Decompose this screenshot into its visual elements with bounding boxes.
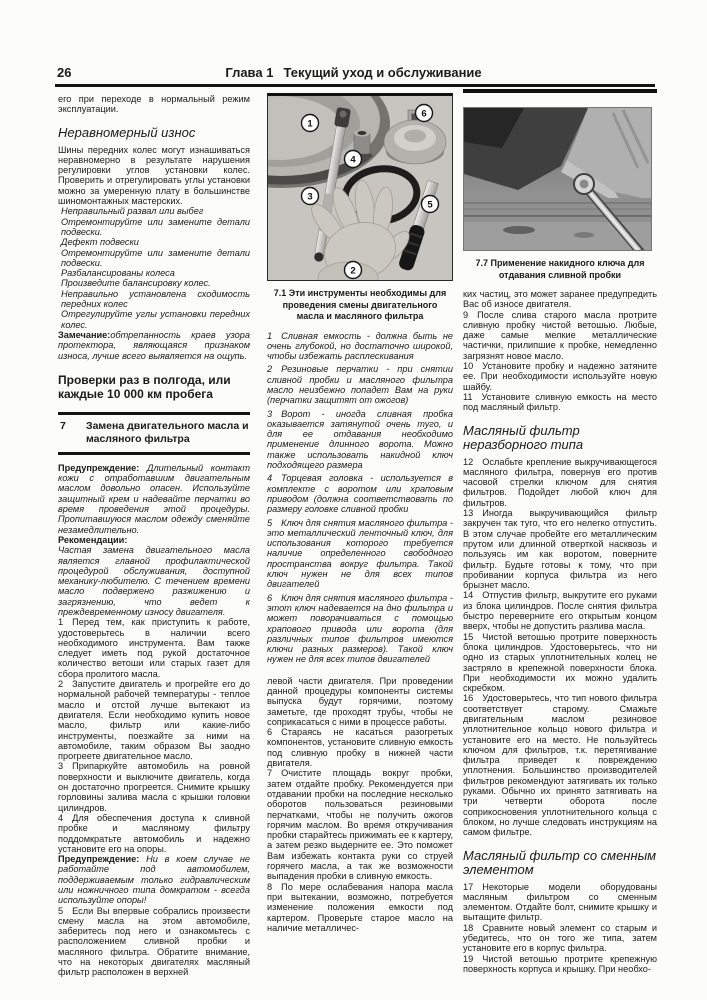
socket-icon [354,130,370,155]
step-paragraph: 9После слива старого масла протрите слив… [463,310,657,361]
step-paragraph: 18Сравните новый элемент со старым и убе… [463,923,657,954]
step-paragraph: 12Ослабьте крепление выкручивающегося ма… [463,457,657,508]
fault-line: Неправильный развал или выбег [58,206,250,216]
fault-line: Дефект подвески [58,237,250,247]
callout-3: 3 [307,192,312,203]
note-paragraph: Замечание:обтрепанность краев узора прот… [58,330,250,361]
step-paragraph: 5Если Вы впервые собрались произвести см… [58,906,250,978]
continuation-paragraph: ких частиц, это может заранее предупреди… [463,289,657,310]
header-rule [55,84,655,87]
chapter-title: Текущий уход и обслуживание [283,65,481,80]
step-paragraph: 7Очистите площадь вокруг пробки, затем о… [267,768,453,881]
callout-4: 4 [350,155,356,166]
figure-7-1-photo: 1 2 3 4 5 6 [267,93,453,281]
manual-page: 26 Глава 1Текущий уход и обслуживание ег… [0,0,707,1000]
figure-7-7-photo [463,107,652,251]
fault-line: Разбалансированы колеса [58,268,250,278]
chapter-label: Глава 1 [225,65,273,80]
figure-item: 1Сливная емкость - должна быть не очень … [267,331,453,362]
oil-filter-element-heading: Масляный фильтр со сменным элементом [463,849,657,877]
step-paragraph: 6Стараясь не касаться разогретых компоне… [267,727,453,768]
callout-5: 5 [427,200,433,211]
right-column: 7.7 Применение накидного ключа для отдав… [463,89,657,974]
section-number: 7 [58,420,86,446]
step-paragraph: 19Чистой ветошью протрите крепежную пове… [463,954,657,975]
middle-column: 1 2 3 4 5 6 7.1 Эти инструменты необходи… [267,93,453,933]
note-label: Замечание: [58,330,110,340]
figure-item: 6Ключ для снятия масляного фильтра - это… [267,593,453,665]
remedy-line: Произведите балансировку колес. [58,278,250,288]
callout-6: 6 [421,109,426,120]
oil-change-tools-illustration: 1 2 3 4 5 6 [268,96,452,280]
step-paragraph: 3Припаркуйте автомобиль на ровной поверх… [58,761,250,812]
section-7-heading: 7 Замена двигательного масла и масляного… [58,412,250,455]
warning-paragraph: Предупреждение: Длительный контакт кожи … [58,463,250,535]
recommendations-label: Рекомендации: [58,535,250,545]
figure-7-1-caption: 7.1 Эти инструменты необходимы для прове… [269,288,451,323]
step-paragraph: 10Установите пробку и надежно затяните е… [463,361,657,392]
step-paragraph: 17Некоторые модели оборудованы масляным … [463,882,657,923]
figure-item: 3Ворот - иногда сливная пробка оказывает… [267,409,453,471]
figure-item: 2Резиновые перчатки - при снятии сливной… [267,364,453,405]
step-paragraph: 16Удостоверьтесь, что тип нового фильтра… [463,693,657,837]
column-divider-bar [463,89,657,93]
uneven-wear-heading: Неравномерный износ [58,126,250,140]
warning-label: Предупреждение: [58,854,139,864]
callout-1: 1 [307,119,313,130]
step-paragraph: 2Запустите двигатель и прогрейте его до … [58,679,250,761]
intro-paragraph: его при переходе в нормальный режим эксп… [58,94,250,115]
continuation-paragraph: левой части двигателя. При проведении да… [267,676,453,727]
step-paragraph: 15Чистой ветошью протрите поверхность бл… [463,632,657,694]
step-paragraph: 1Перед тем, как приступить к работе, удо… [58,617,250,679]
figure-item: 4Торцевая головка - используется в компл… [267,473,453,514]
remedy-line: Отремонтируйте или замените детали подве… [58,248,250,269]
fault-line: Неправильно установлена сходимость перед… [58,289,250,310]
figure-item: 5Ключ для снятия масляного фильтра - это… [267,518,453,590]
section-title: Замена двигательного масла и масляного ф… [86,420,250,446]
figure-7-7-caption: 7.7 Применение накидного ключа для отдав… [465,258,655,281]
warning-text: Длительный контакт кожи с отработавшим д… [58,463,250,535]
step-paragraph: 14Отпустив фильтр, выкрутите его руками … [463,590,657,631]
warning-paragraph: Предупреждение: Ни в коем случае не рабо… [58,854,250,905]
oil-filter-sealed-heading: Масляный фильтр неразборного типа [463,424,657,452]
remedy-line: Отремонтируйте или замените детали подве… [58,217,250,238]
remedy-line: Отрегулируйте углы установки передних ко… [58,309,250,330]
uneven-wear-body: Шины передних колес могут изнашиваться н… [58,145,250,207]
recommendations-text: Частая замена двигательного масла являет… [58,545,250,617]
step-paragraph: 4Для обеспечения доступа к сливной пробк… [58,813,250,854]
step-paragraph: 8По мере ослабевания напора масла при вы… [267,882,453,933]
step-paragraph: 11Установите сливную емкость на место по… [463,392,657,413]
warning-label: Предупреждение: [58,463,139,473]
step-paragraph: 13Иногда выкручивающийся фильтр закручен… [463,508,657,590]
checks-heading: Проверки раз в полгода, или каждые 10 00… [58,373,250,402]
chapter-header: Глава 1Текущий уход и обслуживание [0,65,707,80]
left-column: его при переходе в нормальный режим эксп… [58,94,250,978]
callout-2: 2 [350,266,355,277]
